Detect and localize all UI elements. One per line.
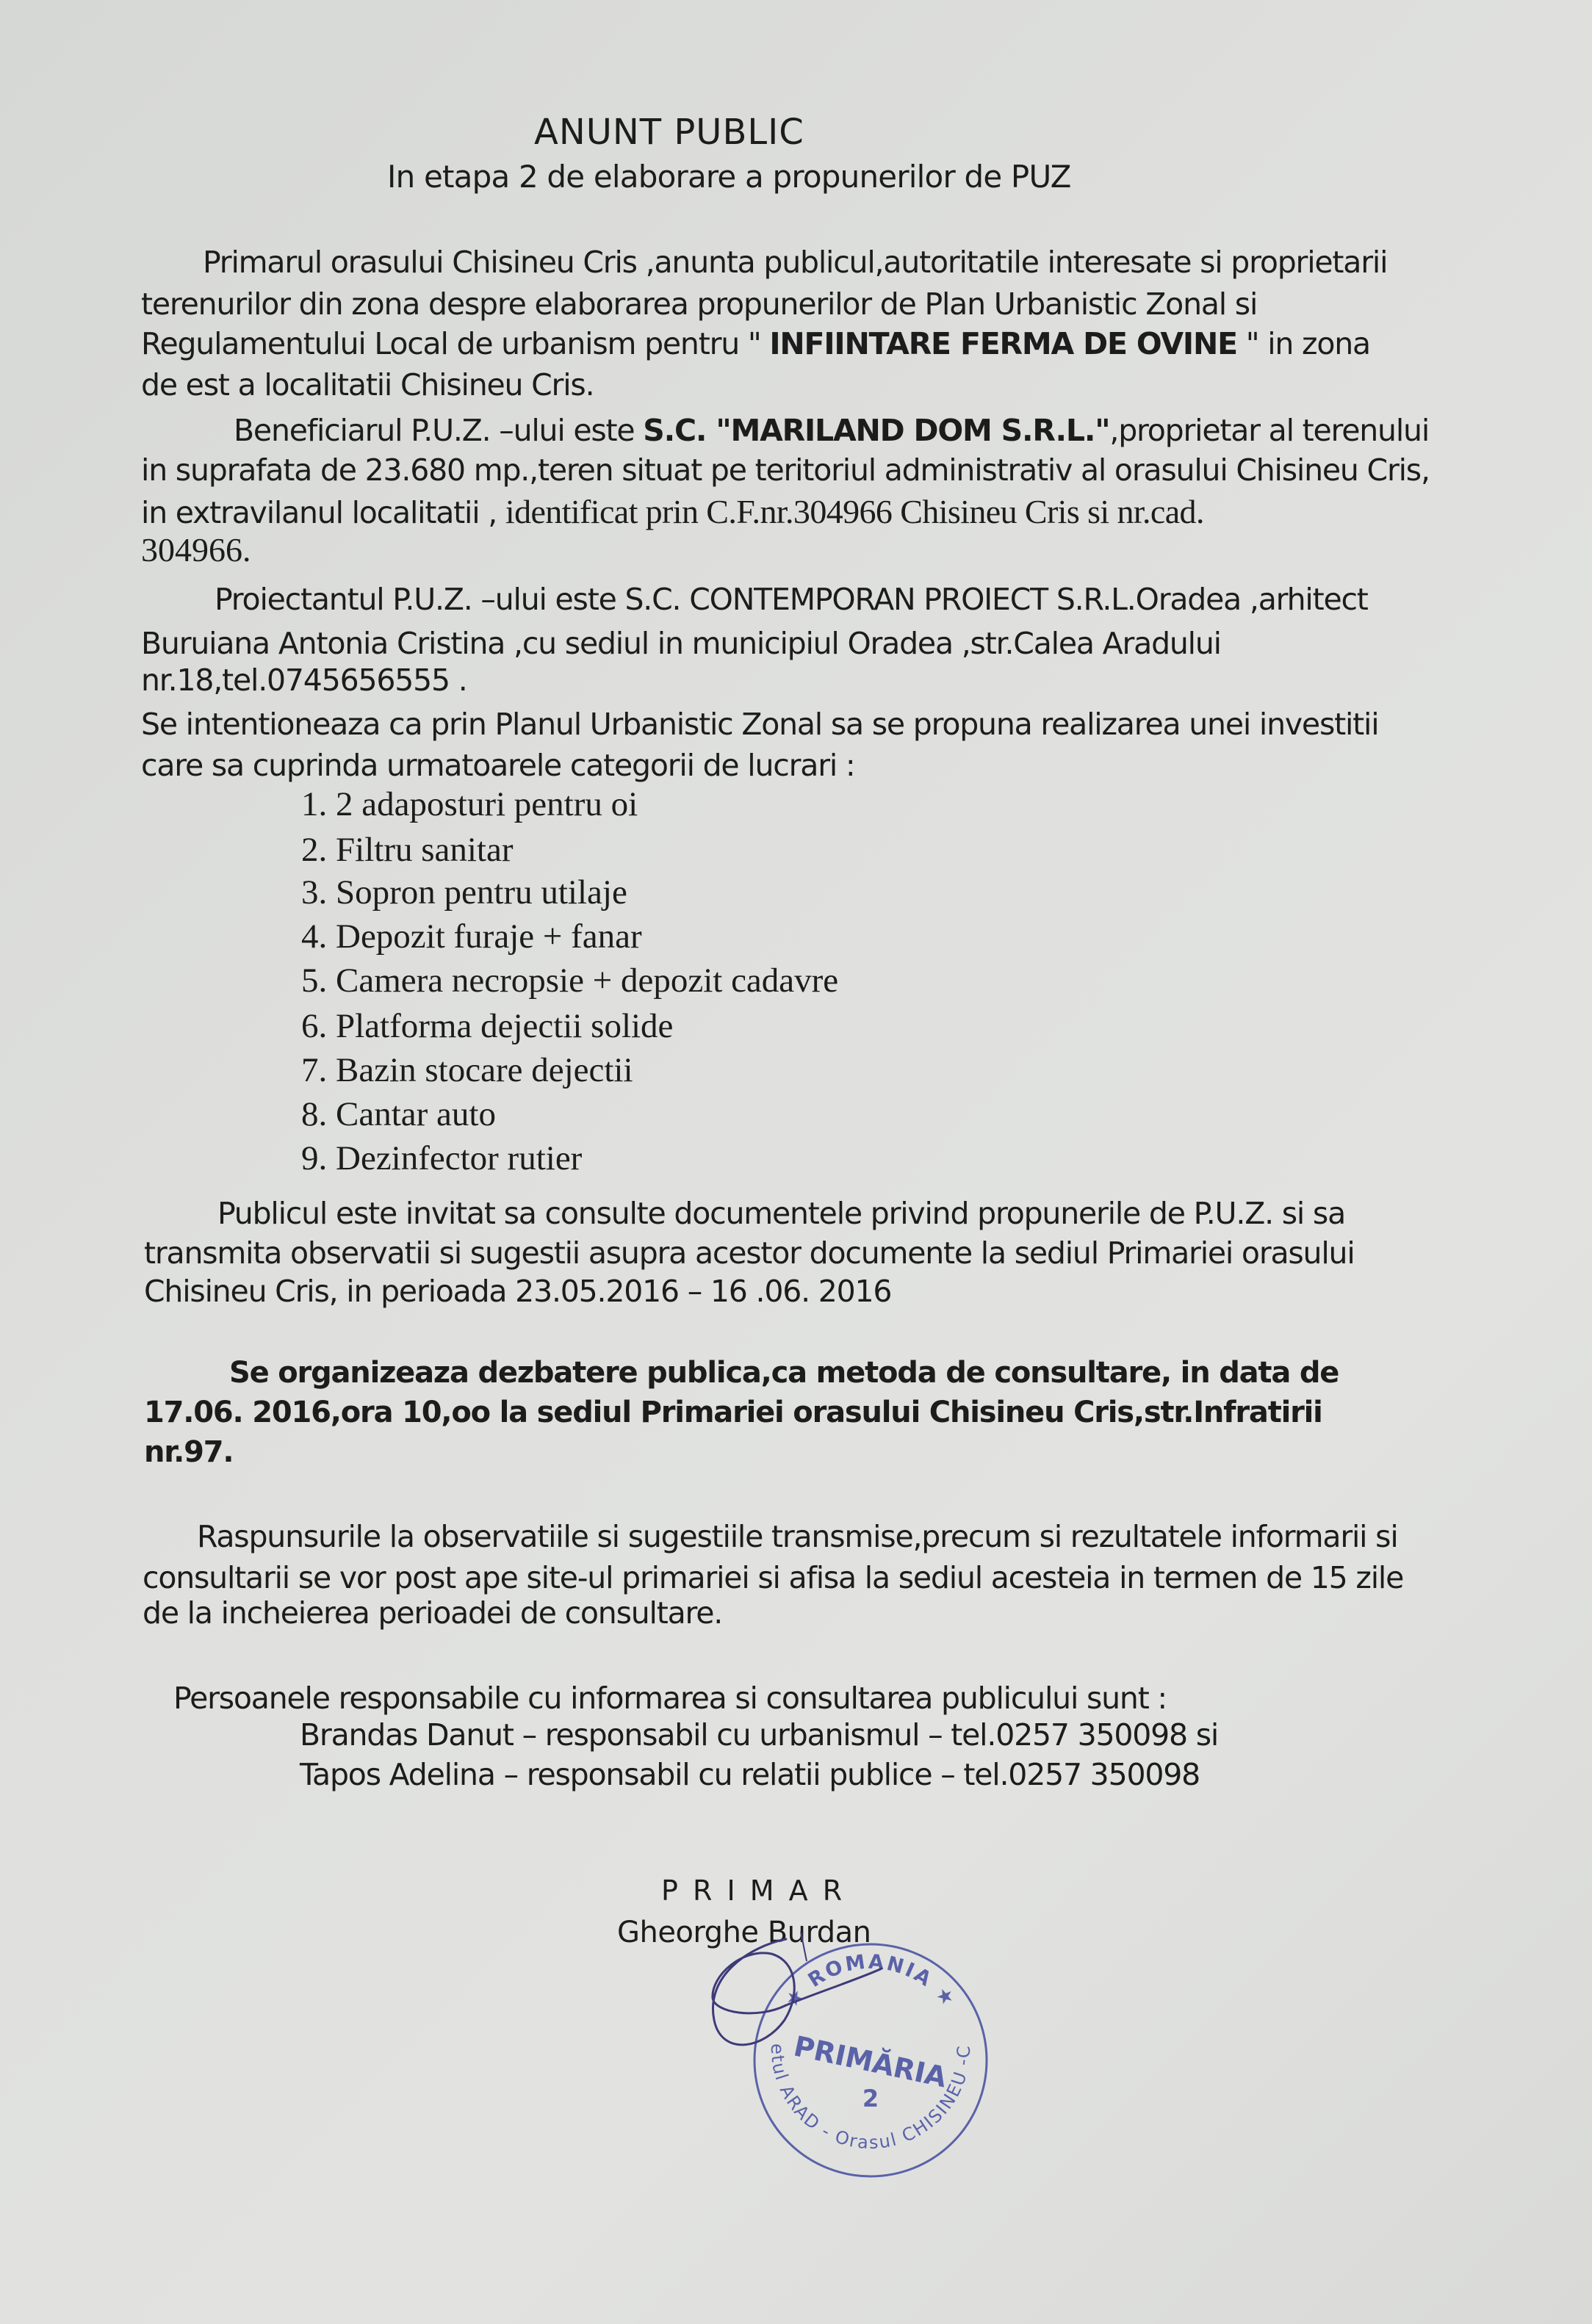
text-line: terenurilor din zona despre elaborarea p… [141,286,1257,322]
responsible-person: Tapos Adelina – responsabil cu relatii p… [300,1757,1200,1792]
text-line: Regulamentului Local de urbanism pentru … [141,326,1370,361]
text-segment: " in zona [1237,326,1370,361]
text-line: Buruiana Antonia Cristina ,cu sediul in … [141,626,1221,661]
works-list-item: 6. Platforma dejectii solide [301,1006,673,1046]
works-list-item: 8. Cantar auto [301,1094,496,1134]
document-title: ANUNT PUBLIC [534,112,804,153]
works-list-item: 2. Filtru sanitar [301,830,514,870]
text-segment: identificat prin C.F.nr.304966 Chisineu … [505,493,1204,530]
text-line: consultarii se vor post ape site-ul prim… [143,1560,1403,1595]
document-subtitle: In etapa 2 de elaborare a propunerilor d… [387,159,1071,195]
works-list-item: 5. Camera necropsie + depozit cadavre [301,961,838,1000]
works-list-item: 4. Depozit furaje + fanar [301,917,642,956]
text-segment: ,proprietar al terenului [1109,413,1429,448]
signature-role: P R I M A R [661,1874,845,1907]
text-line: nr.18,tel.0745656555 . [141,663,467,698]
works-list-item: 3. Sopron pentru utilaje [301,873,627,912]
text-line: Publicul este invitat sa consulte docume… [217,1196,1345,1231]
project-name: INFIINTARE FERMA DE OVINE [769,326,1237,361]
text-segment: Beneficiarul P.U.Z. –ului este [234,413,643,448]
text-line: de la incheierea perioadei de consultare… [143,1595,722,1631]
text-line: in suprafata de 23.680 mp.,teren situat … [141,452,1430,488]
works-list-item: 1. 2 adaposturi pentru oi [301,784,638,824]
text-line: Se intentioneaza ca prin Planul Urbanist… [141,707,1378,742]
text-line: care sa cuprinda urmatoarele categorii d… [141,748,855,783]
text-segment: Regulamentului Local de urbanism pentru … [141,326,769,361]
text-line: Se organizeaza dezbatere publica,ca meto… [229,1356,1339,1390]
text-line: Chisineu Cris, in perioada 23.05.2016 – … [144,1274,891,1309]
works-list-item: 9. Dezinfector rutier [301,1138,582,1178]
text-line: Beneficiarul P.U.Z. –ului este S.C. "MAR… [234,413,1429,448]
signature-scribble-icon [698,1932,904,2093]
text-line: Proiectantul P.U.Z. –ului este S.C. CONT… [215,582,1368,617]
text-line: in extravilanul localitatii , identifica… [141,492,1204,531]
works-list-item: 7. Bazin stocare dejectii [301,1050,633,1090]
responsible-person: Brandas Danut – responsabil cu urbanismu… [300,1717,1218,1753]
text-line: 304966. [141,530,251,569]
text-segment: in extravilanul localitatii , [141,495,505,530]
beneficiary-name: S.C. "MARILAND DOM S.R.L." [643,413,1109,448]
text-line: nr.97. [144,1435,233,1469]
text-line: Persoanele responsabile cu informarea si… [173,1681,1167,1716]
text-line: de est a localitatii Chisineu Cris. [141,367,594,403]
text-line: Raspunsurile la observatiile si sugestii… [197,1519,1398,1554]
text-line: Primarul orasului Chisineu Cris ,anunta … [203,245,1387,280]
text-line: transmita observatii si sugestii asupra … [144,1235,1355,1271]
text-line: 17.06. 2016,ora 10,oo la sediul Primarie… [144,1396,1322,1429]
